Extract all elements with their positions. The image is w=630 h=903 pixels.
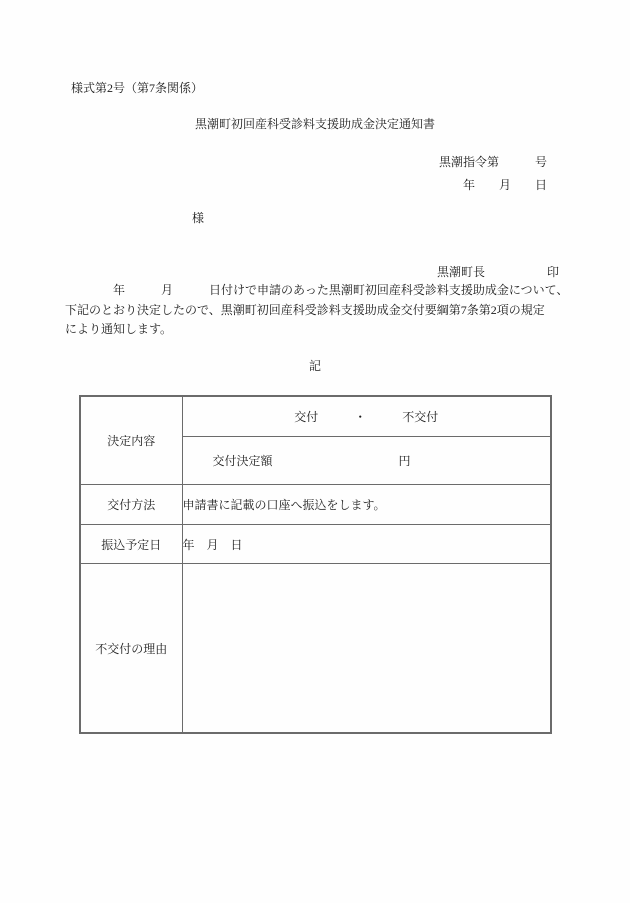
amount-label: 交付決定額	[213, 454, 273, 468]
rejection-reason-cell	[182, 564, 551, 734]
row-label-decision: 決定内容	[80, 396, 182, 485]
addressee-honorific: 様	[192, 209, 204, 226]
table-row-decision: 決定内容 交付 ・ 不交付	[80, 396, 551, 437]
row-label-transfer-date: 振込予定日	[80, 525, 182, 564]
page-title: 黒潮町初回産科受診料支援助成金決定通知書	[0, 115, 630, 132]
grant-amount-cell: 交付決定額円	[182, 437, 551, 485]
seal-mark: 印	[547, 265, 559, 279]
transfer-date-value-cell: 年 月 日	[182, 525, 551, 564]
table-row-transfer-date: 振込予定日 年 月 日	[80, 525, 551, 564]
amount-unit: 円	[399, 454, 411, 468]
body-line-3: により通知します。	[65, 320, 570, 340]
body-paragraph: 年 月 日付けで申請のあった黒潮町初回産科受診料支援助成金について、 下記のとお…	[65, 281, 570, 340]
row-label-rejection-reason: 不交付の理由	[80, 564, 182, 734]
form-number: 様式第2号（第7条関係）	[71, 79, 203, 96]
table-row-method: 交付方法 申請書に記載の口座へ振込をします。	[80, 485, 551, 525]
body-line-2: 下記のとおり決定したので、黒潮町初回産科受診料支援助成金交付要綱第7条第2項の規…	[65, 301, 570, 321]
body-line-1: 年 月 日付けで申請のあった黒潮町初回産科受診料支援助成金について、	[65, 281, 570, 301]
row-label-method: 交付方法	[80, 485, 182, 525]
table-row-rejection-reason: 不交付の理由	[80, 564, 551, 734]
document-page: 様式第2号（第7条関係） 黒潮町初回産科受診料支援助成金決定通知書 黒潮指令第 …	[0, 0, 630, 903]
decision-table: 決定内容 交付 ・ 不交付 交付決定額円 交付方法 申請書に記載の口座へ振込をし…	[79, 395, 552, 734]
sender-title: 黒潮町長	[437, 265, 485, 279]
method-value-cell: 申請書に記載の口座へ振込をします。	[182, 485, 551, 525]
record-heading: 記	[0, 357, 630, 374]
directive-number-line: 黒潮指令第 号	[439, 153, 547, 170]
grant-options-cell: 交付 ・ 不交付	[182, 396, 551, 437]
issue-date-line: 年 月 日	[463, 176, 547, 193]
